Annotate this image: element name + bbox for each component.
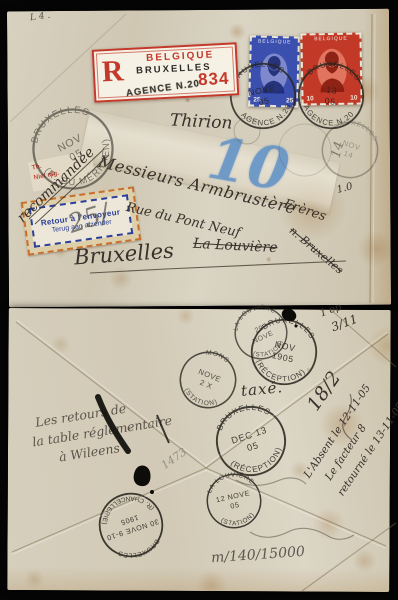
svg-text:05: 05 [229, 500, 240, 511]
svg-text:05: 05 [324, 96, 336, 107]
registration-number: 834 [198, 69, 230, 91]
postmark-la-louviere-station: LA LOUVIÈRE (STATION) 12 NOVE 05 [200, 467, 269, 536]
stamp-country: BELGIQUE [302, 36, 359, 43]
stamp-country: BELGIQUE [252, 38, 298, 45]
cover-photo: R BELGIQUE BRUXELLES 834 AGENCE N.20 BEL… [0, 0, 398, 600]
svg-text:05: 05 [258, 95, 271, 107]
registration-r: R [101, 56, 124, 87]
svg-text:NOVE: NOVE [247, 83, 276, 99]
registration-label: R BELGIQUE BRUXELLES 834 AGENCE N.20 [92, 42, 240, 103]
svg-text:05: 05 [246, 440, 260, 453]
svg-text:13: 13 [326, 85, 338, 96]
hw-taxe: taxé. [240, 378, 283, 400]
hw-tax-blue-10: 10 [203, 124, 295, 207]
